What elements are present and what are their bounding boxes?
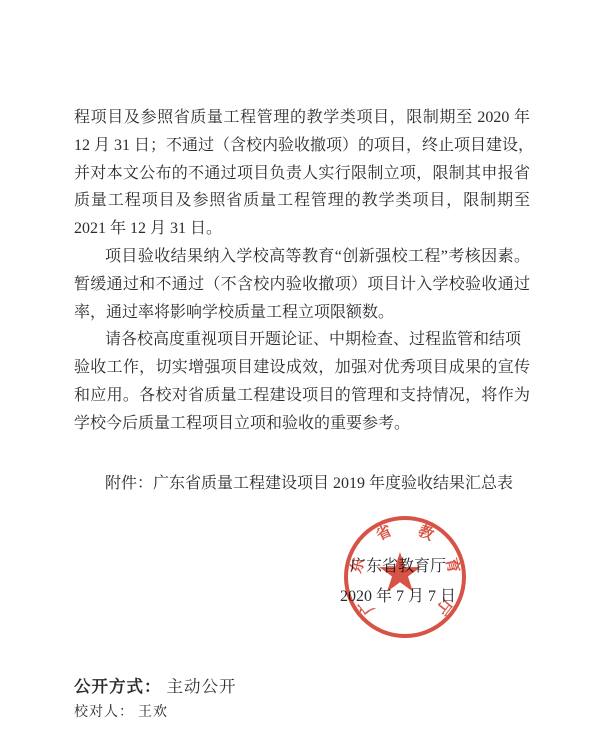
body-line: 验收工作，切实增强项目建设成效，加强对优秀项目成果的宣传 [74, 354, 530, 382]
body-line: 和应用。各校对省质量工程建设项目的管理和支持情况，将作为 [74, 382, 530, 410]
seal-arc-char: 省 [374, 522, 395, 544]
proofreader-value: 王欢 [138, 705, 168, 720]
body-line: 暂缓通过和不通过（不含校内验收撤项）项目计入学校验收通过 [74, 271, 530, 299]
body-line: 并对本文公布的不通过项目负责人实行限制立项，限制其申报省 [74, 160, 530, 188]
body-line: 2021 年 12 月 31 日。 [74, 215, 530, 243]
attachment-line: 附件：广东省质量工程建设项目 2019 年度验收结果汇总表 [74, 470, 530, 498]
signature-org: 广东省教育厅 [323, 552, 473, 582]
body-line: 程项目及参照省质量工程管理的教学类项目，限制期至 2020 年 [74, 104, 530, 132]
publish-method-label: 公开方式： [74, 677, 162, 696]
body-line: 项目验收结果纳入学校高等教育“创新强校工程”考核因素。 [74, 243, 530, 271]
publish-method-value: 主动公开 [167, 677, 237, 696]
proofreader-line: 校对人：王欢 [74, 701, 168, 721]
body-line: 请各校高度重视项目开题论证、中期检查、过程监管和结项 [74, 326, 530, 354]
body-line: 率，通过率将影响学校质量工程立项限额数。 [74, 299, 530, 327]
publish-method-line: 公开方式：主动公开 [74, 673, 237, 697]
seal-arc-char: 教 [415, 522, 437, 544]
signature-block: 广东省教育厅 2020 年 7 月 7 日 [323, 552, 473, 612]
body-line: 学校今后质量工程项目立项和验收的重要参考。 [74, 410, 530, 438]
signature-date: 2020 年 7 月 7 日 [323, 582, 473, 612]
body-line: 12 月 31 日；不通过（含校内验收撤项）的项目，终止项目建设， [74, 132, 530, 160]
document-page: 程项目及参照省质量工程管理的教学类项目，限制期至 2020 年 12 月 31 … [0, 0, 593, 748]
body-text-block: 程项目及参照省质量工程管理的教学类项目，限制期至 2020 年 12 月 31 … [74, 104, 530, 497]
body-line: 质量工程项目及参照省质量工程管理的教学类项目，限制期至 [74, 187, 530, 215]
proofreader-label: 校对人： [74, 705, 134, 720]
